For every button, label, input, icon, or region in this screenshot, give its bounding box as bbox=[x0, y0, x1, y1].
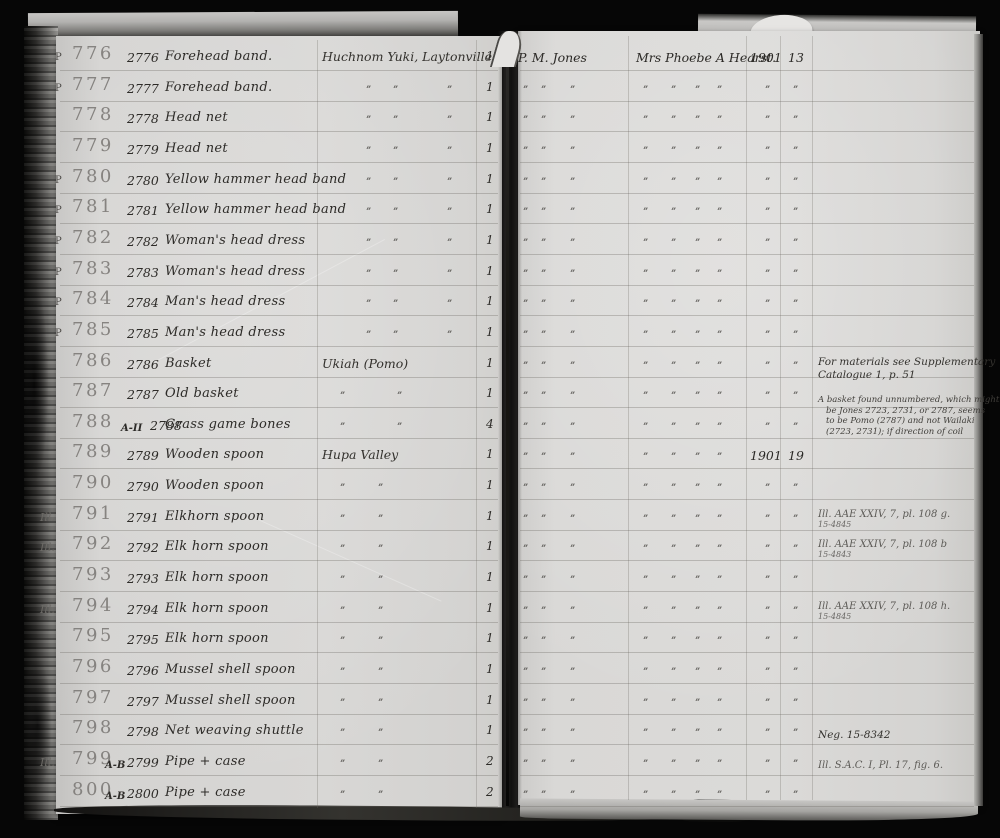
ruled-line bbox=[520, 162, 974, 163]
row-locality-ditto: ” bbox=[447, 207, 452, 218]
purchaser-ditto: ” bbox=[643, 299, 648, 310]
collector-ditto: ” bbox=[570, 636, 575, 647]
purchaser-ditto: ” bbox=[671, 514, 676, 525]
collector-ditto: ” bbox=[523, 238, 528, 249]
purchaser-ditto: ” bbox=[695, 85, 700, 96]
row-count: 1 bbox=[486, 509, 494, 523]
year-ditto: ” bbox=[765, 422, 770, 433]
collector-ditto: ” bbox=[570, 575, 575, 586]
purchaser-ditto: ” bbox=[671, 85, 676, 96]
year-ditto: ” bbox=[765, 361, 770, 372]
ruled-line bbox=[520, 223, 974, 224]
purchaser-ditto: ” bbox=[643, 728, 648, 739]
row-margin-mark: P bbox=[55, 83, 62, 94]
case-number-ditto: ” bbox=[793, 177, 798, 188]
collector-ditto: ” bbox=[523, 544, 528, 555]
row-locality-ditto: ” bbox=[340, 483, 345, 494]
row-margin-mark: P bbox=[55, 236, 62, 247]
row-locality-ditto: ” bbox=[366, 146, 371, 157]
purchaser-ditto: ” bbox=[717, 698, 722, 709]
year-ditto: ” bbox=[765, 146, 770, 157]
row-description: Mussel shell spoon bbox=[165, 662, 296, 677]
row-catalog-number: 2800 bbox=[127, 786, 159, 801]
row-number-stamp: 797 bbox=[72, 687, 114, 708]
year-ditto: ” bbox=[765, 790, 770, 801]
collector-ditto: ” bbox=[523, 299, 528, 310]
case-number-ditto: ” bbox=[793, 790, 798, 801]
row-description: Elk horn spoon bbox=[165, 601, 269, 616]
row-count: 1 bbox=[486, 386, 494, 400]
collector-ditto: ” bbox=[523, 606, 528, 617]
collector-ditto: ” bbox=[523, 452, 528, 463]
ruled-line bbox=[520, 744, 974, 745]
row-count: 2 bbox=[486, 785, 494, 799]
ruled-line bbox=[520, 806, 974, 807]
row-margin-mark: P bbox=[55, 328, 62, 339]
purchaser-ditto: ” bbox=[671, 238, 676, 249]
row-catalog-number: 2793 bbox=[127, 571, 159, 586]
row-description: Net weaving shuttle bbox=[165, 723, 304, 738]
row-number-stamp: 790 bbox=[72, 472, 114, 493]
collector-ditto: ” bbox=[541, 790, 546, 801]
remark-line: Ill. S.A.C. I, Pl. 17, fig. 6. bbox=[818, 760, 943, 771]
row-number-stamp: 779 bbox=[72, 135, 114, 156]
year-ditto: ” bbox=[765, 238, 770, 249]
row-locality: Huchnom Yuki, Laytonville bbox=[322, 49, 492, 64]
ledger-photograph: P7762776Forehead band.Huchnom Yuki, Layt… bbox=[0, 0, 1000, 838]
purchaser-ditto: ” bbox=[643, 514, 648, 525]
ruled-line bbox=[60, 162, 498, 163]
remark-line: to be Pomo (2787) and not Wailaki bbox=[826, 416, 975, 427]
row-number-stamp: 780 bbox=[72, 166, 114, 187]
row-locality-ditto: ” bbox=[447, 115, 452, 126]
collector-ditto: ” bbox=[541, 698, 546, 709]
year-ditto: ” bbox=[765, 483, 770, 494]
collector-ditto: ” bbox=[541, 391, 546, 402]
ruled-line bbox=[520, 101, 974, 102]
case-number-ditto: ” bbox=[793, 299, 798, 310]
collector-ditto: ” bbox=[523, 422, 528, 433]
case-number-ditto: ” bbox=[793, 330, 798, 341]
purchaser-ditto: ” bbox=[643, 483, 648, 494]
column-rule-description-locality bbox=[317, 40, 318, 808]
collector-ditto: ” bbox=[523, 667, 528, 678]
year-ditto: ” bbox=[765, 544, 770, 555]
case-number-ditto: ” bbox=[793, 85, 798, 96]
collector-ditto: ” bbox=[523, 115, 528, 126]
row-locality-ditto: ” bbox=[378, 698, 383, 709]
row-locality-ditto: ” bbox=[393, 299, 398, 310]
ruled-line bbox=[60, 346, 498, 347]
case-number-ditto: ” bbox=[793, 698, 798, 709]
collector-ditto: ” bbox=[541, 269, 546, 280]
purchaser-ditto: ” bbox=[717, 790, 722, 801]
ruled-line bbox=[520, 131, 974, 132]
row-locality-ditto: ” bbox=[378, 514, 383, 525]
row-number-stamp: 796 bbox=[72, 656, 114, 677]
row-description: Forehead band. bbox=[165, 49, 272, 64]
collector-ditto: ” bbox=[523, 759, 528, 770]
purchaser-ditto: ” bbox=[695, 514, 700, 525]
collector-ditto: ” bbox=[541, 115, 546, 126]
remark-line: (2723, 2731); if direction of coil bbox=[826, 427, 963, 438]
collector-ditto: ” bbox=[541, 636, 546, 647]
year-ditto: ” bbox=[765, 330, 770, 341]
purchaser-ditto: ” bbox=[717, 759, 722, 770]
purchaser-ditto: ” bbox=[671, 667, 676, 678]
purchaser-ditto: ” bbox=[643, 85, 648, 96]
row-catalog-number: 2791 bbox=[127, 510, 159, 525]
row-description: Elk horn spoon bbox=[165, 570, 269, 585]
collector-ditto: ” bbox=[570, 728, 575, 739]
ruled-line bbox=[520, 714, 974, 715]
case-number-ditto: ” bbox=[793, 544, 798, 555]
row-locality: Ukiah (Pomo) bbox=[322, 356, 408, 371]
row-count: 1 bbox=[486, 325, 494, 339]
row-count: 2 bbox=[486, 754, 494, 768]
ruled-line bbox=[60, 315, 498, 316]
collector-ditto: ” bbox=[570, 391, 575, 402]
purchaser-ditto: ” bbox=[643, 238, 648, 249]
purchaser-ditto: ” bbox=[671, 115, 676, 126]
row-description: Elk horn spoon bbox=[165, 539, 269, 554]
row-margin-mark: P bbox=[55, 205, 62, 216]
remark-line: Neg. 15-8342 bbox=[818, 729, 890, 742]
remark-line: Catalogue 1, p. 51 bbox=[818, 369, 916, 382]
ruled-line bbox=[520, 591, 974, 592]
purchaser-ditto: ” bbox=[717, 269, 722, 280]
year-ditto: ” bbox=[765, 177, 770, 188]
ruled-line bbox=[60, 591, 498, 592]
row-locality-ditto: ” bbox=[340, 575, 345, 586]
row-catalog-number: 2795 bbox=[127, 632, 159, 647]
collector-ditto: ” bbox=[541, 85, 546, 96]
case-number-ditto: ” bbox=[793, 238, 798, 249]
purchaser-ditto: ” bbox=[695, 146, 700, 157]
purchaser-ditto: ” bbox=[671, 790, 676, 801]
row-locality-ditto: ” bbox=[397, 422, 402, 433]
row-margin-mark: Ill. bbox=[40, 603, 55, 616]
ruled-line bbox=[60, 714, 498, 715]
purchaser-ditto: ” bbox=[643, 361, 648, 372]
purchaser-ditto: ” bbox=[717, 238, 722, 249]
case-number-ditto: ” bbox=[793, 728, 798, 739]
row-description: Yellow hammer head band bbox=[165, 202, 346, 217]
purchaser-ditto: ” bbox=[695, 299, 700, 310]
purchaser-ditto: ” bbox=[695, 422, 700, 433]
purchaser-ditto: ” bbox=[717, 483, 722, 494]
purchaser-ditto: ” bbox=[671, 177, 676, 188]
purchaser-ditto: ” bbox=[695, 391, 700, 402]
row-locality-ditto: ” bbox=[378, 544, 383, 555]
row-number-stamp: 778 bbox=[72, 104, 114, 125]
ruled-line bbox=[520, 560, 974, 561]
row-description: Grass game bones bbox=[165, 417, 291, 432]
purchaser-ditto: ” bbox=[643, 146, 648, 157]
ruled-line bbox=[60, 775, 498, 776]
book-spine-edge bbox=[24, 26, 58, 820]
row-number-stamp: 777 bbox=[72, 74, 114, 95]
ruled-line bbox=[60, 652, 498, 653]
collector-ditto: ” bbox=[570, 790, 575, 801]
year-ditto: ” bbox=[765, 299, 770, 310]
purchaser-ditto: ” bbox=[717, 207, 722, 218]
purchaser-ditto: ” bbox=[695, 269, 700, 280]
purchaser-ditto: ” bbox=[717, 391, 722, 402]
row-locality-ditto: ” bbox=[366, 85, 371, 96]
row-locality-ditto: ” bbox=[366, 238, 371, 249]
purchaser-ditto: ” bbox=[643, 207, 648, 218]
row-number-stamp: 794 bbox=[72, 595, 114, 616]
collector-ditto: ” bbox=[570, 698, 575, 709]
collector-ditto: ” bbox=[523, 361, 528, 372]
row-description: Wooden spoon bbox=[165, 478, 264, 493]
purchaser-ditto: ” bbox=[643, 115, 648, 126]
row-description: Forehead band. bbox=[165, 80, 272, 95]
collector-ditto: ” bbox=[523, 207, 528, 218]
collector-ditto: ” bbox=[541, 330, 546, 341]
row-locality-ditto: ” bbox=[340, 544, 345, 555]
purchaser-ditto: ” bbox=[643, 269, 648, 280]
row-catalog-number: 2794 bbox=[127, 602, 159, 617]
ruled-line bbox=[60, 131, 498, 132]
row-locality-ditto: ” bbox=[447, 146, 452, 157]
row-margin-mark: Ill. bbox=[40, 756, 55, 769]
row-number-stamp: 793 bbox=[72, 564, 114, 585]
collector-ditto: ” bbox=[541, 361, 546, 372]
row-locality-ditto: ” bbox=[340, 790, 345, 801]
case-number-ditto: ” bbox=[793, 269, 798, 280]
case-number-ditto: ” bbox=[793, 514, 798, 525]
purchaser-ditto: ” bbox=[717, 575, 722, 586]
row-catalog-number: 2781 bbox=[127, 203, 159, 218]
collector-ditto: ” bbox=[570, 269, 575, 280]
ruled-line bbox=[60, 70, 498, 71]
collector-ditto: ” bbox=[541, 667, 546, 678]
row-number-stamp: 786 bbox=[72, 350, 114, 371]
ruled-line bbox=[520, 652, 974, 653]
ruled-line bbox=[520, 499, 974, 500]
row-locality-ditto: ” bbox=[378, 759, 383, 770]
row-locality-ditto: ” bbox=[366, 177, 371, 188]
row-locality-ditto: ” bbox=[447, 177, 452, 188]
book-gutter-shadow bbox=[498, 31, 522, 811]
row-description: Pipe + case bbox=[165, 785, 246, 800]
row-count: 1 bbox=[486, 723, 494, 737]
purchaser-ditto: ” bbox=[643, 575, 648, 586]
year-ditto: ” bbox=[765, 207, 770, 218]
row-description: Head net bbox=[165, 110, 228, 125]
row-locality-ditto: ” bbox=[393, 177, 398, 188]
row-count: 4 bbox=[486, 417, 494, 431]
collector-ditto: ” bbox=[570, 667, 575, 678]
purchaser-ditto: ” bbox=[695, 238, 700, 249]
row-description: Pipe + case bbox=[165, 754, 246, 769]
column-rule-collector-purchaser bbox=[628, 36, 629, 800]
purchaser-ditto: ” bbox=[695, 667, 700, 678]
purchaser-ditto: ” bbox=[643, 177, 648, 188]
collector-ditto: ” bbox=[541, 422, 546, 433]
row-description: Basket bbox=[165, 356, 212, 371]
purchaser-ditto: ” bbox=[717, 606, 722, 617]
purchaser-ditto: ” bbox=[695, 575, 700, 586]
row-description: Man's head dress bbox=[165, 325, 285, 340]
ruled-line bbox=[520, 438, 974, 439]
collector-ditto: ” bbox=[570, 544, 575, 555]
row-number-stamp: 782 bbox=[72, 227, 114, 248]
row-catalog-number: 2776 bbox=[127, 50, 159, 65]
ruled-line bbox=[60, 806, 498, 807]
remark-line: For materials see Supplementary bbox=[818, 356, 995, 369]
row-number-stamp: 792 bbox=[72, 533, 114, 554]
purchaser-ditto: ” bbox=[717, 115, 722, 126]
ruled-line bbox=[60, 622, 498, 623]
row-locality-ditto: ” bbox=[366, 330, 371, 341]
row-locality-ditto: ” bbox=[340, 698, 345, 709]
ruled-line bbox=[520, 70, 974, 71]
purchaser-ditto: ” bbox=[717, 636, 722, 647]
row-margin-mark: P bbox=[55, 52, 62, 63]
collector-name: P. M. Jones bbox=[518, 50, 587, 65]
collector-ditto: ” bbox=[523, 146, 528, 157]
purchaser-ditto: ” bbox=[671, 146, 676, 157]
row-margin-mark: Ill. bbox=[40, 511, 55, 524]
row-count: 1 bbox=[486, 601, 494, 615]
row-locality-ditto: ” bbox=[393, 330, 398, 341]
purchaser-ditto: ” bbox=[671, 269, 676, 280]
row-locality-ditto: ” bbox=[393, 85, 398, 96]
collector-ditto: ” bbox=[523, 483, 528, 494]
case-number: 19 bbox=[788, 448, 804, 463]
row-locality: Hupa Valley bbox=[322, 447, 398, 462]
purchaser-ditto: ” bbox=[695, 790, 700, 801]
collector-ditto: ” bbox=[523, 269, 528, 280]
ruled-line bbox=[60, 683, 498, 684]
purchaser-ditto: ” bbox=[643, 422, 648, 433]
purchaser-ditto: ” bbox=[717, 299, 722, 310]
row-locality-ditto: ” bbox=[366, 115, 371, 126]
collector-ditto: ” bbox=[541, 452, 546, 463]
collector-ditto: ” bbox=[570, 606, 575, 617]
row-locality-ditto: ” bbox=[393, 238, 398, 249]
year-ditto: ” bbox=[765, 85, 770, 96]
collector-ditto: ” bbox=[541, 177, 546, 188]
row-number-stamp: 788 bbox=[72, 411, 114, 432]
ruled-line bbox=[60, 530, 498, 531]
purchaser-ditto: ” bbox=[671, 391, 676, 402]
row-locality-ditto: ” bbox=[447, 299, 452, 310]
row-catalog-number: 2784 bbox=[127, 295, 159, 310]
row-margin-mark: P bbox=[55, 175, 62, 186]
ruled-line bbox=[60, 438, 498, 439]
row-description: Head net bbox=[165, 141, 228, 156]
case-number-ditto: ” bbox=[793, 391, 798, 402]
row-number-suffix: A-B bbox=[105, 760, 125, 771]
row-locality-ditto: ” bbox=[340, 606, 345, 617]
row-locality-ditto: ” bbox=[378, 575, 383, 586]
row-locality-ditto: ” bbox=[447, 330, 452, 341]
ruled-line bbox=[60, 744, 498, 745]
row-number-stamp: 783 bbox=[72, 258, 114, 279]
row-number-stamp: 789 bbox=[72, 441, 114, 462]
purchaser-ditto: ” bbox=[717, 452, 722, 463]
ruled-line bbox=[520, 683, 974, 684]
row-locality-ditto: ” bbox=[366, 207, 371, 218]
purchaser-ditto: ” bbox=[671, 330, 676, 341]
remark-line: 15-4845 bbox=[818, 612, 851, 621]
year-ditto: ” bbox=[765, 728, 770, 739]
case-number-ditto: ” bbox=[793, 115, 798, 126]
case-number-ditto: ” bbox=[793, 422, 798, 433]
row-catalog-number: 2797 bbox=[127, 694, 159, 709]
row-description: Woman's head dress bbox=[165, 264, 305, 279]
purchaser-ditto: ” bbox=[643, 391, 648, 402]
row-count: 1 bbox=[486, 141, 494, 155]
row-description: Elk horn spoon bbox=[165, 631, 269, 646]
book-gutter-line bbox=[506, 34, 509, 806]
collector-ditto: ” bbox=[541, 146, 546, 157]
purchaser-ditto: ” bbox=[717, 422, 722, 433]
year-ditto: ” bbox=[765, 759, 770, 770]
row-description: Wooden spoon bbox=[165, 447, 264, 462]
row-locality-ditto: ” bbox=[378, 790, 383, 801]
purchaser-ditto: ” bbox=[671, 207, 676, 218]
purchaser-ditto: ” bbox=[717, 177, 722, 188]
row-count: 1 bbox=[486, 662, 494, 676]
case-number-ditto: ” bbox=[793, 361, 798, 372]
ruled-line bbox=[520, 254, 974, 255]
case-number-ditto: ” bbox=[793, 575, 798, 586]
ruled-line bbox=[60, 285, 498, 286]
case-number: 13 bbox=[788, 50, 804, 65]
purchaser-ditto: ” bbox=[671, 636, 676, 647]
purchaser-ditto: ” bbox=[695, 728, 700, 739]
row-count: 1 bbox=[486, 80, 494, 94]
collector-ditto: ” bbox=[570, 146, 575, 157]
purchaser-ditto: ” bbox=[695, 115, 700, 126]
row-count: 1 bbox=[486, 570, 494, 584]
collector-ditto: ” bbox=[570, 115, 575, 126]
row-number-stamp: 798 bbox=[72, 717, 114, 738]
year-ditto: ” bbox=[765, 636, 770, 647]
row-description: Old basket bbox=[165, 386, 239, 401]
row-description: Woman's head dress bbox=[165, 233, 305, 248]
row-locality-ditto: ” bbox=[447, 85, 452, 96]
row-count: 1 bbox=[486, 478, 494, 492]
ruled-line bbox=[60, 101, 498, 102]
year-ditto: ” bbox=[765, 667, 770, 678]
purchaser-ditto: ” bbox=[695, 207, 700, 218]
row-count: 1 bbox=[486, 110, 494, 124]
purchaser-ditto: ” bbox=[695, 330, 700, 341]
collector-ditto: ” bbox=[570, 207, 575, 218]
purchaser-ditto: ” bbox=[643, 636, 648, 647]
row-catalog-number: 2786 bbox=[127, 357, 159, 372]
row-number-stamp: 787 bbox=[72, 380, 114, 401]
year-ditto: ” bbox=[765, 269, 770, 280]
column-rule-purchaser-year bbox=[746, 36, 747, 800]
purchaser-ditto: ” bbox=[717, 330, 722, 341]
year-value: 1901 bbox=[750, 448, 782, 463]
collector-ditto: ” bbox=[570, 299, 575, 310]
purchaser-ditto: ” bbox=[695, 606, 700, 617]
row-locality-ditto: ” bbox=[393, 146, 398, 157]
row-catalog-number: 2792 bbox=[127, 540, 159, 555]
row-catalog-number: 2796 bbox=[127, 663, 159, 678]
ruled-line bbox=[60, 468, 498, 469]
remark-line: 15-4843 bbox=[818, 550, 851, 559]
row-number-stamp: 791 bbox=[72, 503, 114, 524]
